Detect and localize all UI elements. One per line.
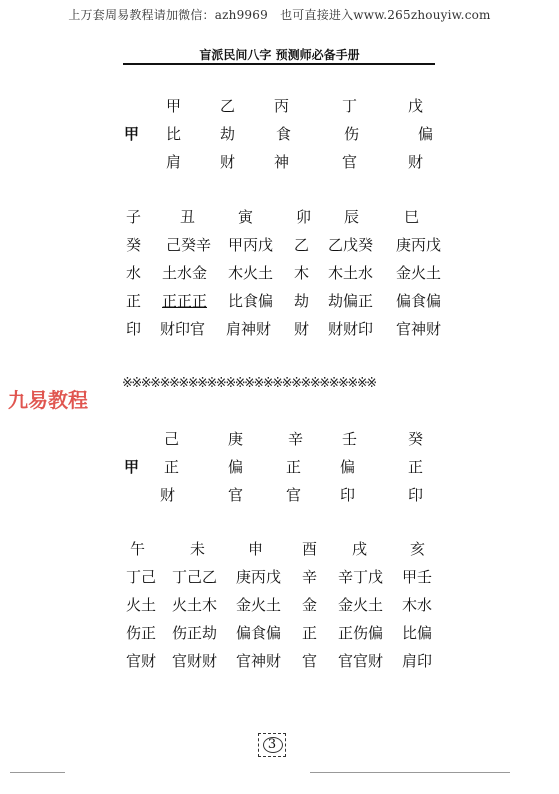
day-stem-label: 甲: [124, 125, 139, 143]
watermark-banner: 上万套周易教程请加微信：azh9969 也可直接进入www.265zhouyiw…: [0, 6, 559, 23]
gods-top: 正: [126, 292, 141, 310]
page-number-text: 3: [268, 737, 276, 752]
footer-rule: [10, 772, 65, 773]
gods-top: 正: [302, 624, 317, 642]
stem: 丁: [342, 97, 357, 115]
god-top: 正: [408, 458, 423, 476]
hidden-stems: 庚丙戊: [396, 236, 441, 254]
elements: 木火土: [228, 264, 273, 282]
gods-bottom: 肩神财: [226, 320, 271, 338]
god-top: 正: [164, 458, 179, 476]
hidden-stems: 甲壬: [402, 568, 432, 586]
stem: 己: [164, 430, 179, 448]
branch: 亥: [410, 540, 425, 558]
gods-top: 偏食偏: [236, 624, 281, 642]
branch: 酉: [302, 540, 317, 558]
hidden-stems: 辛: [302, 568, 317, 586]
elements: 水: [126, 264, 141, 282]
branch: 寅: [238, 208, 253, 226]
god-top: 伤: [344, 125, 359, 143]
gods-bottom: 印: [126, 320, 141, 338]
brand-watermark: 九易教程: [8, 384, 88, 413]
elements: 火土木: [172, 596, 217, 614]
hidden-stems: 辛丁戊: [338, 568, 383, 586]
gods-bottom: 官财财: [172, 652, 217, 670]
stem: 辛: [288, 430, 303, 448]
gods-bottom: 官神财: [396, 320, 441, 338]
god-bottom: 神: [274, 153, 289, 171]
god-bottom: 肩: [166, 153, 181, 171]
elements: 火土: [126, 596, 156, 614]
stem: 癸: [408, 430, 423, 448]
branch: 卯: [296, 208, 311, 226]
separator-line: ※※※※※※※※※※※※※※※※※※※※※※※※※※※: [122, 376, 376, 391]
hidden-stems: 乙戊癸: [328, 236, 373, 254]
header-rule: [123, 63, 435, 65]
stem: 丙: [274, 97, 289, 115]
god-top: 偏: [228, 458, 243, 476]
gods-top: 伤正: [126, 624, 156, 642]
gods-bottom: 官官财: [338, 652, 383, 670]
gods-top: 劫: [294, 292, 309, 310]
branch: 未: [190, 540, 205, 558]
gods-top: 比食偏: [228, 292, 273, 310]
branch: 午: [130, 540, 145, 558]
hidden-stems: 乙: [294, 236, 309, 254]
elements: 土水金: [162, 264, 207, 282]
elements: 木: [294, 264, 309, 282]
stem: 乙: [220, 97, 235, 115]
god-bottom: 印: [408, 486, 423, 504]
elements: 金火土: [396, 264, 441, 282]
god-top: 食: [276, 125, 291, 143]
elements: 木水: [402, 596, 432, 614]
elements: 木土水: [328, 264, 373, 282]
god-bottom: 财: [160, 486, 175, 504]
branch: 巳: [404, 208, 419, 226]
footer-rule: [310, 772, 510, 773]
gods-top: 伤正劫: [172, 624, 217, 642]
elements: 金火土: [236, 596, 281, 614]
god-bottom: 官: [228, 486, 243, 504]
gods-bottom: 官神财: [236, 652, 281, 670]
god-bottom: 官: [286, 486, 301, 504]
gods-top: 劫偏正: [328, 292, 373, 310]
god-top: 比: [166, 125, 181, 143]
branch: 辰: [344, 208, 359, 226]
branch: 丑: [180, 208, 195, 226]
page-header-title: 盲派民间八字 预测师必备手册: [0, 46, 559, 63]
hidden-stems: 己癸辛: [166, 236, 211, 254]
stem: 壬: [342, 430, 357, 448]
page-number: 3: [258, 733, 286, 757]
gods-bottom: 财财印: [328, 320, 373, 338]
hidden-stems: 丁己: [126, 568, 156, 586]
god-top: 劫: [220, 125, 235, 143]
elements: 金: [302, 596, 317, 614]
gods-bottom: 官财: [126, 652, 156, 670]
stem: 甲: [166, 97, 181, 115]
branch: 戌: [352, 540, 367, 558]
gods-top: 偏食偏: [396, 292, 441, 310]
god-bottom: 财: [408, 153, 423, 171]
hidden-stems: 丁己乙: [172, 568, 217, 586]
elements: 金火土: [338, 596, 383, 614]
god-bottom: 财: [220, 153, 235, 171]
god-top: 偏: [340, 458, 355, 476]
gods-top: 比偏: [402, 624, 432, 642]
gods-top: 正正正: [162, 292, 207, 310]
hidden-stems: 癸: [126, 236, 141, 254]
gods-bottom: 肩印: [402, 652, 432, 670]
god-top: 正: [286, 458, 301, 476]
stem: 庚: [228, 430, 243, 448]
day-stem-label: 甲: [124, 458, 139, 476]
god-top: 偏: [418, 125, 433, 143]
gods-bottom: 财印官: [160, 320, 205, 338]
hidden-stems: 庚丙戊: [236, 568, 281, 586]
branch: 子: [126, 208, 141, 226]
god-bottom: 印: [340, 486, 355, 504]
hidden-stems: 甲丙戊: [228, 236, 273, 254]
gods-bottom: 财: [294, 320, 309, 338]
gods-top: 正伤偏: [338, 624, 383, 642]
branch: 申: [248, 540, 263, 558]
god-bottom: 官: [342, 153, 357, 171]
stem: 戊: [408, 97, 423, 115]
gods-bottom: 官: [302, 652, 317, 670]
